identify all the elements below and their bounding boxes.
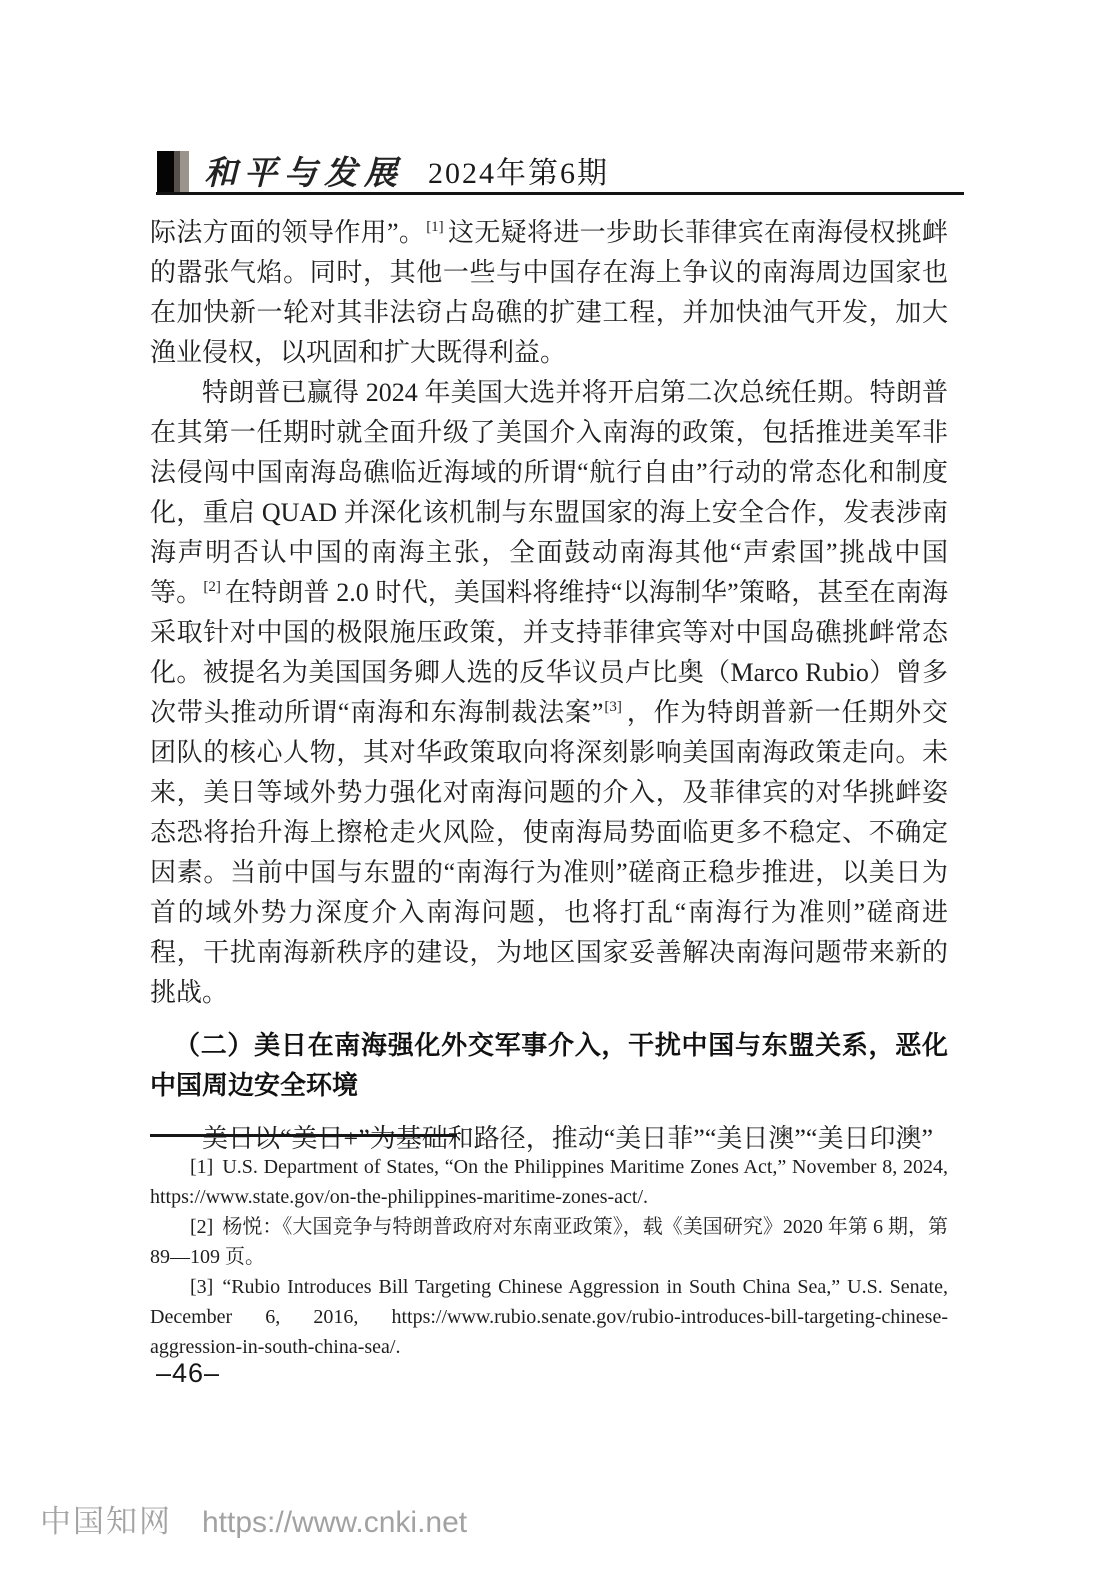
footnote-ref-1: [1]: [426, 219, 444, 235]
footnote-separator: [150, 1134, 457, 1137]
header-deco-black-bar: [157, 151, 174, 192]
header-deco-lightgray-bar: [180, 151, 189, 192]
page-number: –46–: [156, 1358, 220, 1389]
cnki-watermark: 中国知网 https://www.cnki.net: [40, 1496, 467, 1541]
document-page: 和平与发展 2024年第6期 际法方面的领导作用”。[1]这无疑将进一步助长菲律…: [0, 0, 1102, 1575]
footnote-ref-2: [2]: [203, 579, 221, 595]
footnote-1: [1]U.S. Department of States, “On the Ph…: [150, 1152, 948, 1212]
paragraph-1: 际法方面的领导作用”。[1]这无疑将进一步助长菲律宾在南海侵权挑衅的嚣张气焰。同…: [150, 213, 948, 373]
paragraph-1-text-a: 际法方面的领导作用”。: [150, 218, 425, 247]
paragraph-2: 特朗普已赢得 2024 年美国大选并将开启第二次总统任期。特朗普在其第一任期时就…: [150, 373, 948, 1013]
journal-title: 和平与发展: [204, 147, 404, 194]
footnote-3: [3]“Rubio Introduces Bill Targeting Chin…: [150, 1272, 948, 1362]
cnki-site-url: https://www.cnki.net: [202, 1506, 467, 1540]
page-header: 和平与发展 2024年第6期: [204, 148, 609, 192]
footnote-1-text: U.S. Department of States, “On the Phili…: [150, 1156, 948, 1208]
footnote-3-marker: [3]: [190, 1276, 213, 1298]
footnote-2-text: 杨悦：《大国竞争与特朗普政府对东南亚政策》，载《美国研究》2020 年第 6 期…: [150, 1216, 948, 1268]
issue-label: 2024年第6期: [428, 148, 609, 192]
section-heading: （二）美日在南海强化外交军事介入，干扰中国与东盟关系，恶化中国周边安全环境: [150, 1025, 948, 1105]
footnotes: [1]U.S. Department of States, “On the Ph…: [150, 1152, 948, 1362]
footnote-2-marker: [2]: [190, 1216, 213, 1238]
footnote-1-marker: [1]: [190, 1156, 213, 1178]
paragraph-2-text-a: 特朗普已赢得 2024 年美国大选并将开启第二次总统任期。特朗普在其第一任期时就…: [150, 378, 948, 607]
header-rule: [156, 192, 964, 195]
paragraph-2-text-c: ，作为特朗普新一任期外交团队的核心人物，其对华政策取向将深刻影响美国南海政策走向…: [150, 698, 948, 1007]
footnote-3-text: “Rubio Introduces Bill Targeting Chinese…: [150, 1276, 948, 1358]
article-body: 际法方面的领导作用”。[1]这无疑将进一步助长菲律宾在南海侵权挑衅的嚣张气焰。同…: [150, 213, 948, 1159]
footnote-2: [2]杨悦：《大国竞争与特朗普政府对东南亚政策》，载《美国研究》2020 年第 …: [150, 1212, 948, 1272]
cnki-logo-text: 中国知网: [40, 1496, 172, 1541]
footnote-ref-3: [3]: [604, 699, 622, 715]
